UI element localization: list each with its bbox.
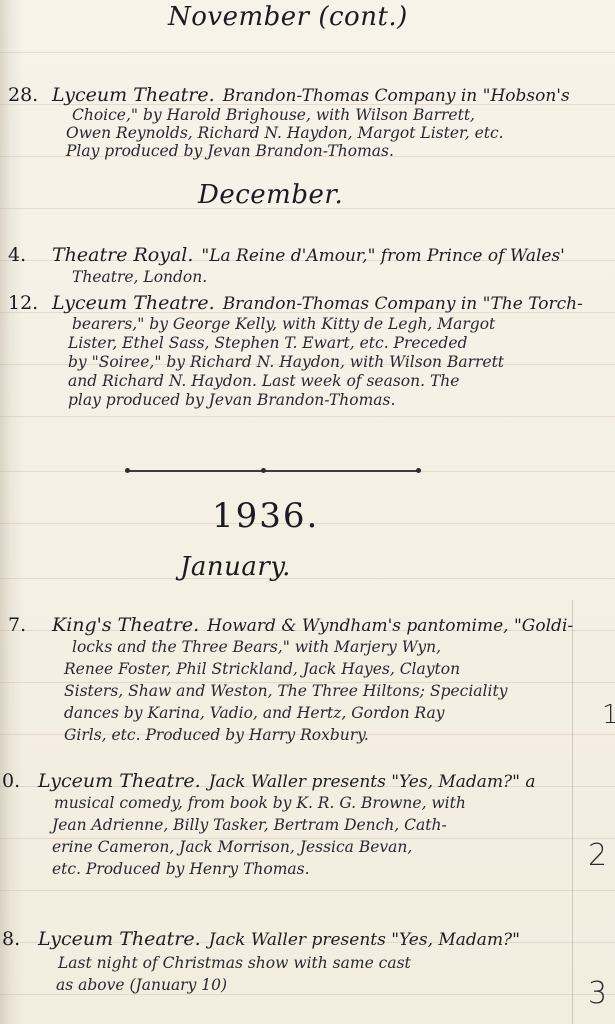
ruled-line — [0, 52, 615, 53]
entry-line: Renee Foster, Phil Strickland, Jack Haye… — [64, 658, 595, 680]
entry-venue: King's Theatre. — [52, 614, 199, 636]
entry-day: 8. — [2, 928, 20, 950]
margin-tally: 1 — [602, 700, 615, 730]
entry-line: Jack Waller presents "Yes, Madam?" — [209, 930, 520, 950]
divider-dot — [125, 468, 130, 473]
ruled-line — [0, 416, 615, 417]
entry-line: Theatre, London. — [72, 266, 595, 288]
heading-december: December. — [198, 180, 343, 210]
entry-line: Brandon-Thomas Company in "The Torch- — [223, 294, 583, 314]
entry-line: locks and the Three Bears," with Marjery… — [72, 636, 595, 658]
entry-line: musical comedy, from book by K. R. G. Br… — [54, 792, 595, 814]
entry-day: 7. — [8, 614, 26, 636]
entry-venue: Lyceum Theatre. — [52, 292, 215, 314]
entry-line: erine Cameron, Jack Morrison, Jessica Be… — [52, 836, 595, 858]
heading-november: November (cont.) — [168, 2, 408, 32]
entry-day: 0. — [2, 770, 20, 792]
entry-venue: Theatre Royal. — [52, 244, 193, 266]
entry-line: dances by Karina, Vadio, and Hertz, Gord… — [64, 702, 595, 724]
ledger-page: November (cont.) December. 28. Lyceum Th… — [0, 0, 615, 1024]
entry-venue: Lyceum Theatre. — [52, 84, 215, 106]
ruled-line — [0, 578, 615, 579]
section-divider — [127, 470, 419, 472]
margin-tally: 3 — [588, 976, 607, 1011]
entry-line: Last night of Christmas show with same c… — [58, 952, 595, 974]
ruled-line — [0, 890, 615, 891]
divider-dot — [261, 468, 266, 473]
entry-day: 4. — [8, 244, 26, 266]
margin-tally: 2 — [588, 838, 607, 873]
entry-line: "La Reine d'Amour," from Prince of Wales… — [201, 246, 564, 266]
entry-line: Girls, etc. Produced by Harry Roxbury. — [64, 724, 595, 746]
divider-dot — [416, 468, 421, 473]
heading-january: January. — [180, 552, 291, 582]
entry-line: Sisters, Shaw and Weston, The Three Hilt… — [64, 680, 595, 702]
entry-line: etc. Produced by Henry Thomas. — [52, 858, 595, 880]
entry-day: 12. — [8, 292, 38, 314]
entry-line: Brandon-Thomas Company in "Hobson's — [223, 86, 570, 106]
entry-line: Play produced by Jevan Brandon-Thomas. — [66, 140, 595, 162]
entry-line: play produced by Jevan Brandon-Thomas. — [68, 389, 595, 411]
entry-day: 28. — [8, 84, 38, 106]
entry-line: as above (January 10) — [56, 974, 595, 996]
entry-line: Jack Waller presents "Yes, Madam?" a — [209, 772, 536, 792]
entry-line: Jean Adrienne, Billy Tasker, Bertram Den… — [52, 814, 595, 836]
entry-line: Howard & Wyndham's pantomime, "Goldi- — [207, 616, 573, 636]
heading-year: 1936. — [212, 496, 319, 536]
entry-venue: Lyceum Theatre. — [38, 928, 201, 950]
entry-venue: Lyceum Theatre. — [38, 770, 201, 792]
